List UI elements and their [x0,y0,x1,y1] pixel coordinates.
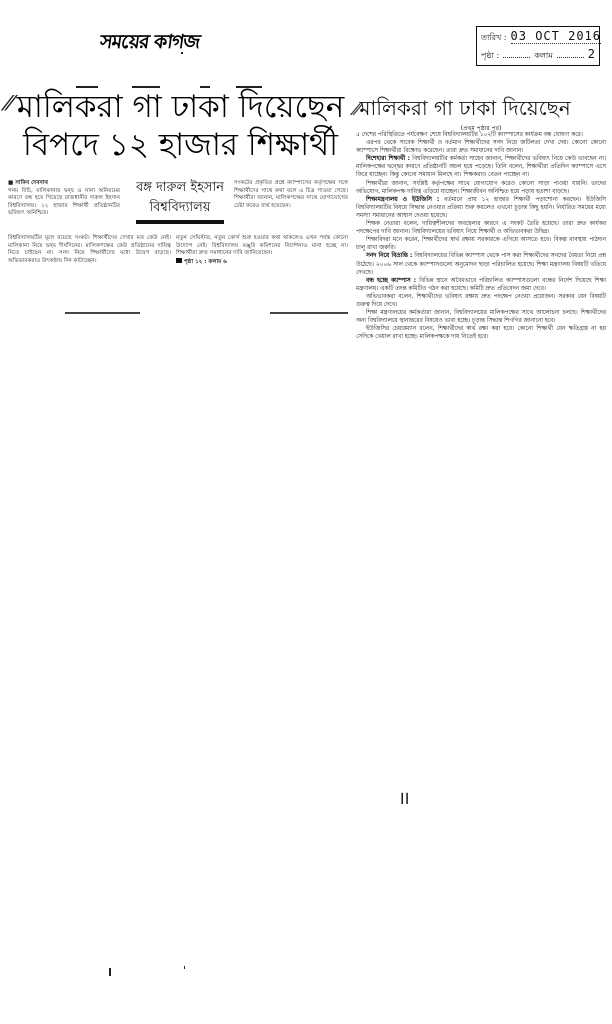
jump-headline-text: মালিকরা গা ঢাকা দিয়েছেন [359,96,570,120]
main-headline: ⁄⁄ মালিকরা গা ঢাকা দিয়েছেন বিপদে ১২ হাজ… [8,88,353,164]
column-rule [270,312,348,314]
column-label: কলাম [534,50,552,63]
clipping-mark-icon: ⁄⁄ [6,84,13,122]
date-label: তারিখ : [481,32,507,45]
jump-headline: ⁄⁄মালিকরা গা ঢাকা দিয়েছেন [354,96,608,122]
scan-speck [184,966,185,969]
page-value: 2 [588,47,595,61]
col-a-top-text: গনম বিচি, মালিকানার দ্বন্দ্ব ও নানা অনিয… [8,188,120,218]
paragraph: অভিভাবকরা বলেন, শিক্ষার্থীদের ভবিষ্যৎ রক… [356,293,606,309]
page-label: পৃষ্ঠা : [481,50,499,63]
paragraph: এরপর থেকে সাবেক শিক্ষার্থী ও বর্তমান শিক… [356,139,606,155]
paragraph: শিক্ষার্থীরা জানান, সংশ্লিষ্ট কর্তৃপক্ষে… [356,180,606,196]
paragraph: বন্ধ হচ্ছে ক্যাম্পাস : বিভিন্ন স্থানে অব… [356,277,606,293]
paragraph: শিক্ষা মন্ত্রণালয়ের কর্মকর্তারা জানান, … [356,309,606,325]
col-b-lower: নতুন সেমিস্টার, নতুন কোর্স শুরু হওয়ার ক… [176,235,348,266]
scan-speck [109,968,111,976]
university-name-line-2: বিশ্ববিদ্যালয় [130,198,230,218]
continued-label: পৃষ্ঠা ১২ : কলাম ৬ [184,259,227,265]
dotted-line [557,49,584,58]
paragraph: ইউজিসির চেয়ারম্যান বলেন, শিক্ষার্থীদের … [356,325,606,341]
date-value: 03 OCT 2016 [511,29,601,44]
end-of-article-mark: ।। [398,786,408,810]
paragraph: ৫ দেশের পরিস্থিতিতে পর্যবেক্ষণ শেষে বিশ্… [356,131,606,139]
column-rule [65,312,140,314]
newspaper-masthead: সময়ের কাগজ [98,28,252,58]
col-b-lower-text: নতুন সেমিস্টার, নতুন কোর্স শুরু হওয়ার ক… [176,235,348,258]
paragraph: শিক্ষামন্ত্রণালয় ও ইউজিসি : বর্তমানে প্… [356,196,606,220]
box-rule [136,220,224,224]
paragraph: দিশেহারা শিক্ষার্থী : বিশ্ববিদ্যালয়টির … [356,155,606,179]
col-a-lower: বিশ্ববিদ্যালয়টির মূলে রয়েছে সংকট। শিক্… [8,235,171,265]
headline-line-2: বিপদে ১২ হাজার শিক্ষার্থী [8,126,353,164]
square-bullet-icon [176,258,182,263]
university-name-box: বঙ্গ দারুল ইহসান বিশ্ববিদ্যালয় [130,178,230,224]
col-b-top-text: সংকটের প্রকৃতির প্রশ্নে ক্যাম্পাসের কর্ত… [234,180,348,210]
continued-marker: পৃষ্ঠা ১২ : কলাম ৬ [176,258,348,267]
paragraph: সনদ নিয়ে বিভ্রান্তি : বিশ্ববিদ্যালয়ের … [356,252,606,276]
paragraph: শিক্ষক নেতারা বলেন, দায়িত্বশীলদের অবহেল… [356,220,606,236]
clipping-date-stamp: তারিখ : 03 OCT 2016 পৃষ্ঠা : কলাম 2 [476,26,600,66]
col-b-top: সংকটের প্রকৃতির প্রশ্নে ক্যাম্পাসের কর্ত… [234,180,348,210]
scan-speck [181,52,183,54]
university-name-line-1: বঙ্গ দারুল ইহসান [130,178,230,198]
byline: ■ সাকিব দেবনাথ [8,180,120,188]
col-a-lower-text: বিশ্ববিদ্যালয়টির মূলে রয়েছে সংকট। শিক্… [8,235,171,265]
paragraph: শিক্ষাবিদরা মনে করেন, শিক্ষার্থীদের স্বা… [356,236,606,252]
jump-article-body: ৫ দেশের পরিস্থিতিতে পর্যবেক্ষণ শেষে বিশ্… [356,131,606,341]
headline-line-1: মালিকরা গা ঢাকা দিয়েছেন [8,88,353,126]
byline-block: ■ সাকিব দেবনাথ গনম বিচি, মালিকানার দ্বন্… [8,180,120,218]
dotted-line [503,49,530,58]
